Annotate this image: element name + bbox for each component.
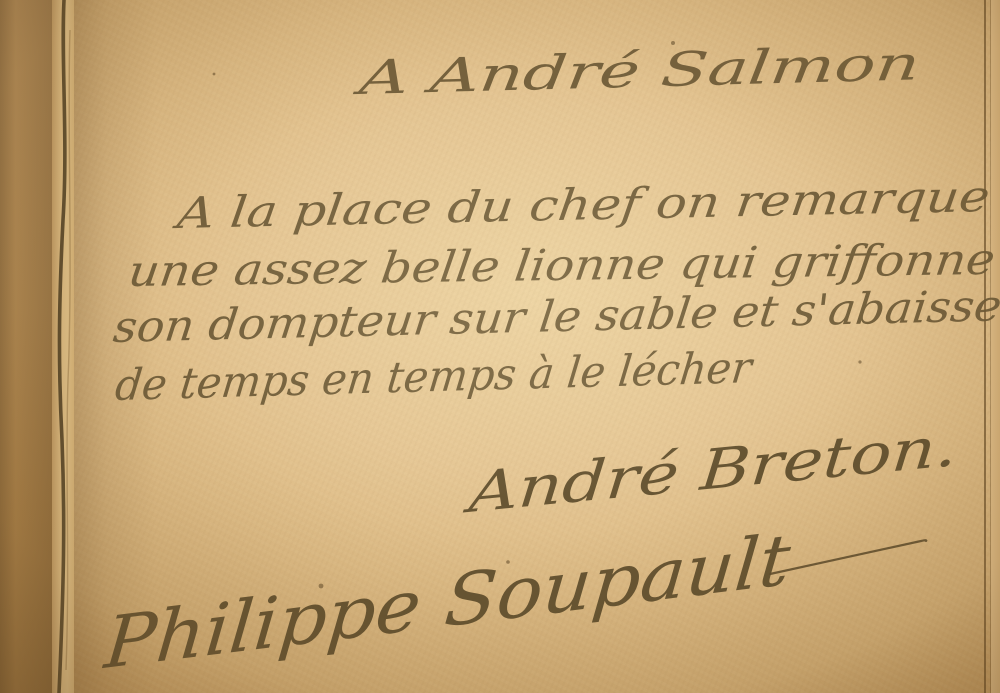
body-line-1: A la place du chef on remarque bbox=[170, 172, 992, 239]
binding-crack-fray bbox=[66, 30, 70, 670]
signature-soupault: Philippe Soupault bbox=[99, 517, 794, 685]
dedication-line: A André Salmon bbox=[351, 36, 923, 106]
signature-flourish bbox=[770, 540, 926, 574]
handwriting-layer: A André Salmon A la place du chef on rem… bbox=[0, 0, 1000, 693]
binding-crack bbox=[59, 0, 65, 693]
signature-breton: André Breton. bbox=[461, 415, 960, 527]
body-line-4: de temps en temps à le lécher bbox=[113, 343, 757, 411]
book-scan: A André Salmon A la place du chef on rem… bbox=[0, 0, 1000, 693]
